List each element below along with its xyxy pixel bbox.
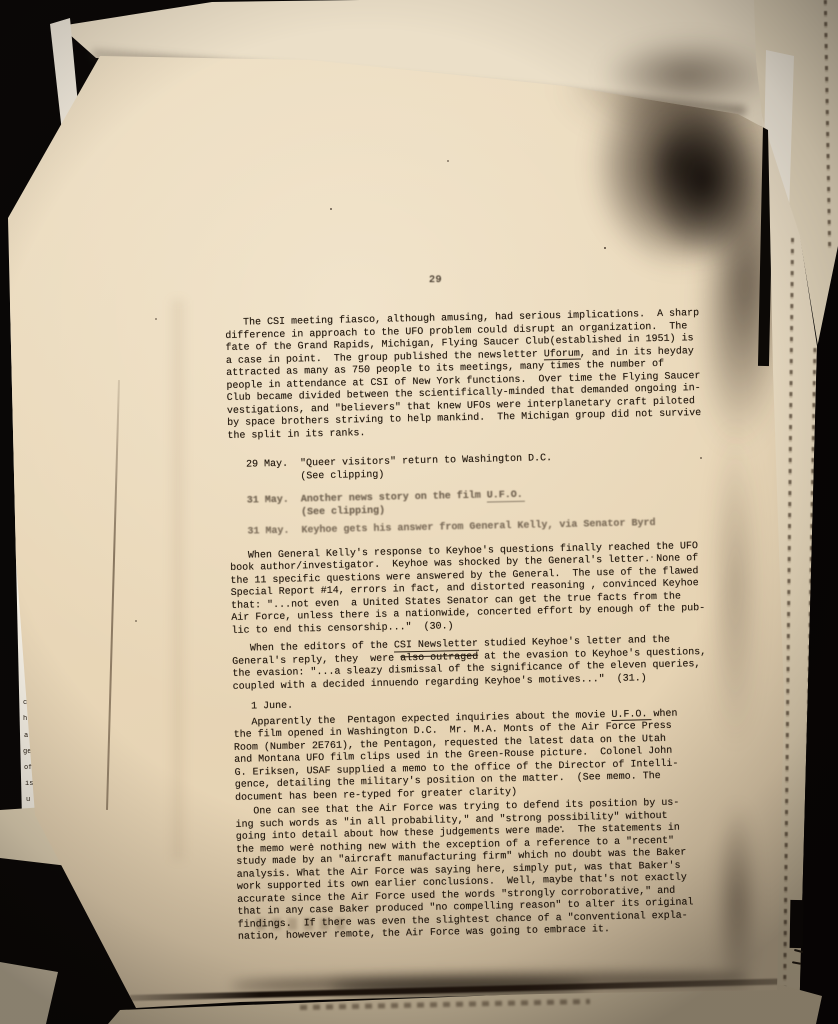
paper-crease xyxy=(106,380,120,810)
edge-text-fragment: is xyxy=(25,781,33,788)
edge-text-fragment: of xyxy=(24,765,32,772)
paragraph-air-force-defense: One can see that the Air Force was tryin… xyxy=(235,796,738,944)
page-number: 29 xyxy=(429,275,442,288)
typewritten-text-block: The CSI meeting fiasco, although amusing… xyxy=(225,308,738,958)
edge-text-fragment: a xyxy=(24,733,28,740)
entry-31-may-film: 31 May. Another news story on the film U… xyxy=(229,485,729,520)
paragraph-general-kelly: When General Kelly's response to Keyhoe'… xyxy=(230,540,732,638)
entry-29-may: 29 May. "Queer visitors" return to Washi… xyxy=(228,449,728,484)
paragraph-csi-meeting: The CSI meeting fiasco, although amusing… xyxy=(225,308,728,443)
dark-mark-right-edge xyxy=(790,900,804,948)
toner-smudge-core xyxy=(648,100,758,260)
document-page: 29 The CSI meeting fiasco, although amus… xyxy=(0,0,838,1024)
paper-fold-shading xyxy=(172,300,184,860)
paragraph-csi-newsletter: When the editors of the CSI Newsletter s… xyxy=(232,633,733,693)
edge-text-fragment: u xyxy=(26,797,30,804)
edge-text-fragment: h xyxy=(23,716,27,723)
paragraph-pentagon-movie: Apparently the Pentagon expected inquiri… xyxy=(233,707,735,805)
entry-31-may-keyhoe: 31 May. Keyhoe gets his answer from Gene… xyxy=(229,516,729,539)
dust-specks xyxy=(0,0,2,2)
edge-text-fragment: ge xyxy=(23,749,31,756)
